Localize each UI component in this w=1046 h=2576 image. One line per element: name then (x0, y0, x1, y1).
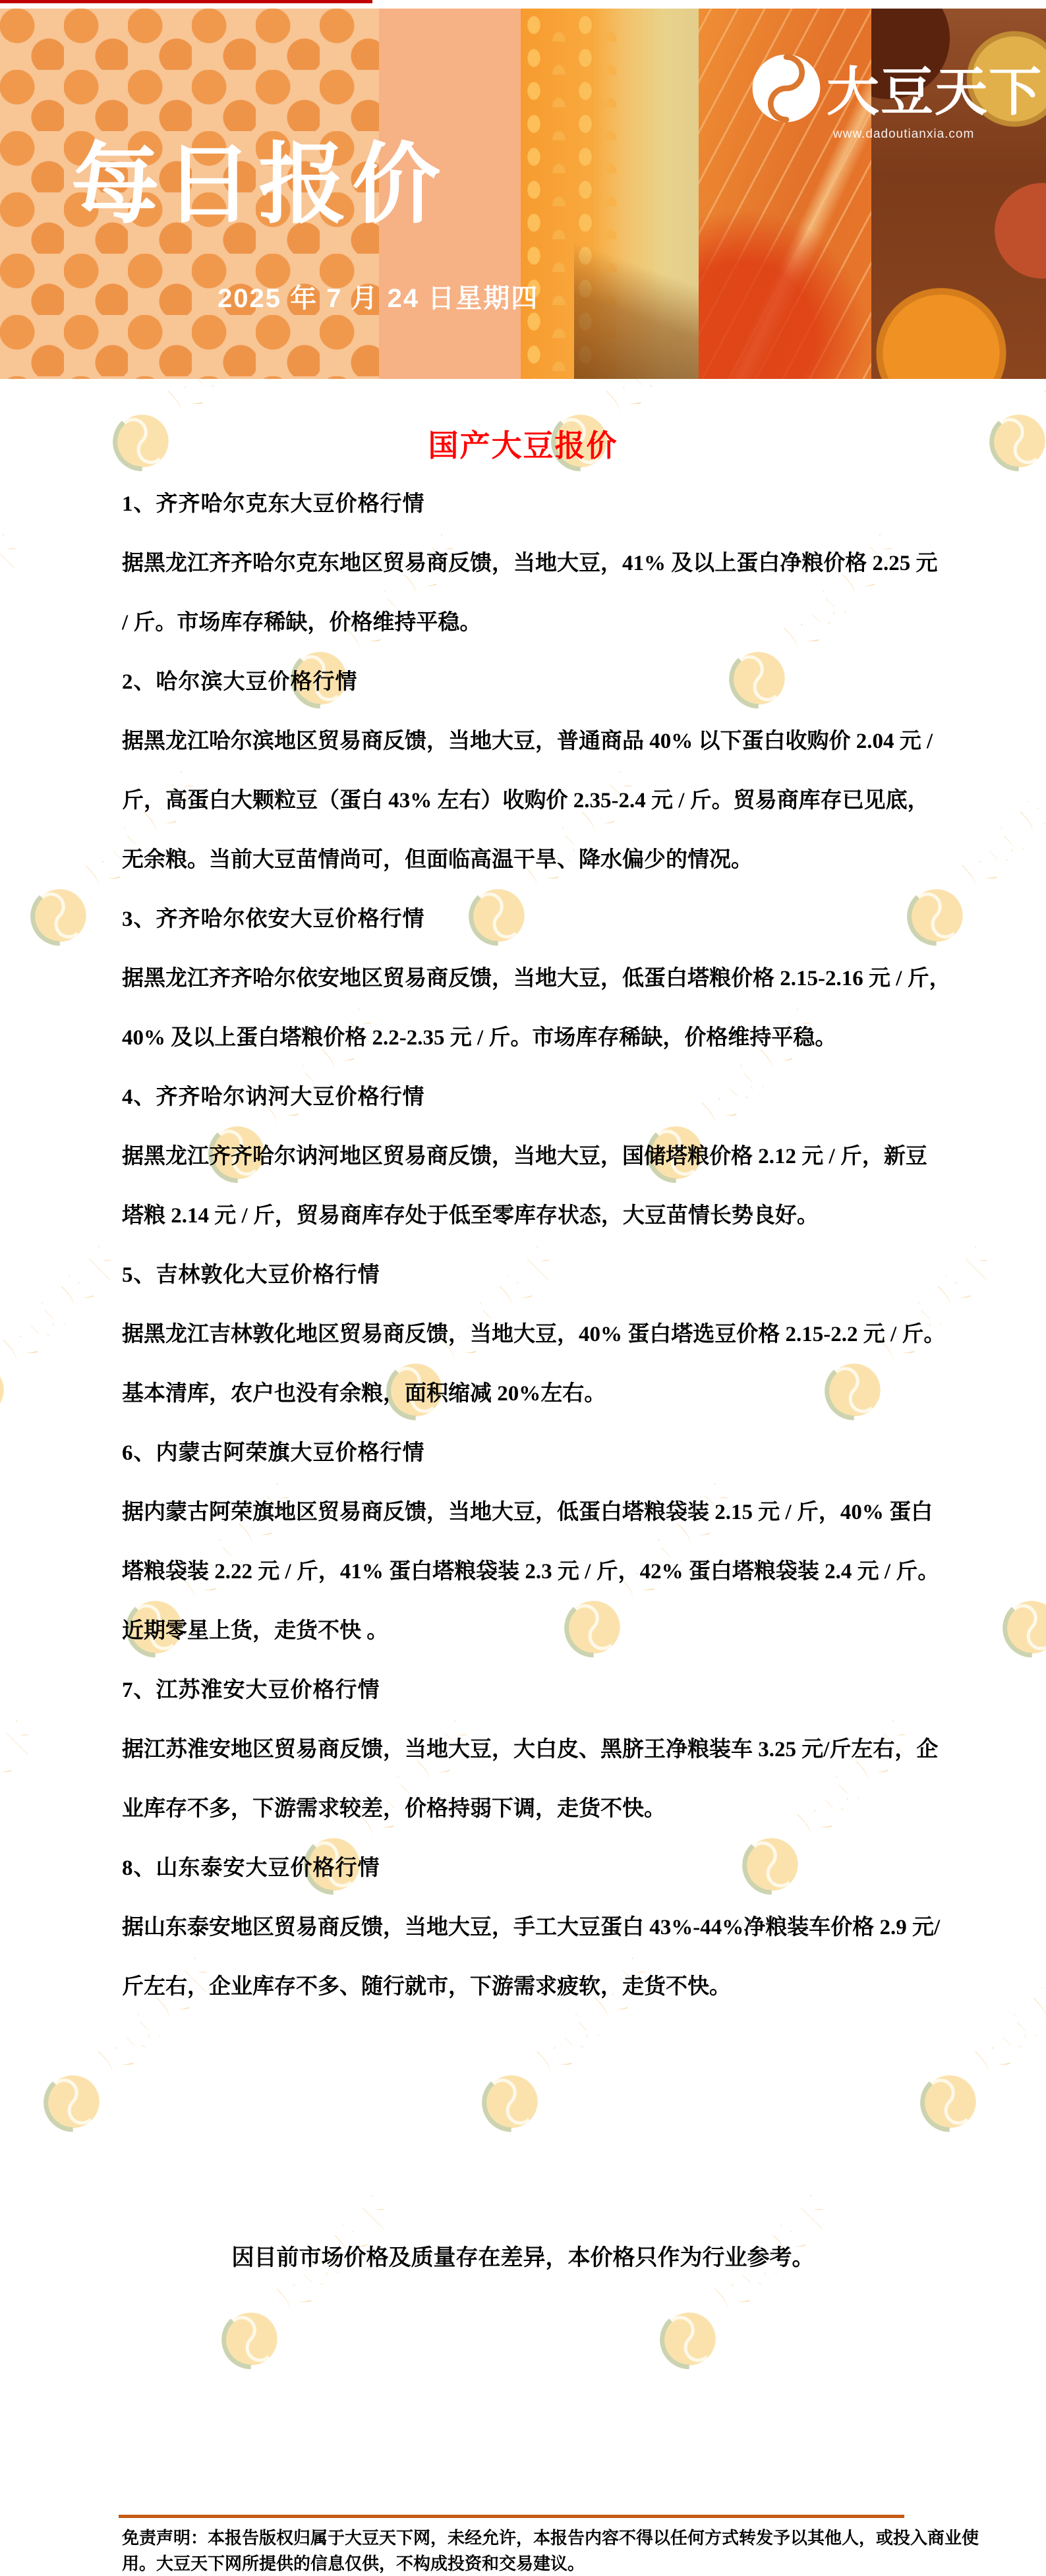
quote-line: 无余粮。当前大豆苗情尚可，但面临高温干旱、降水偏少的情况。 (122, 830, 916, 890)
quote-sections: 1、齐齐哈尔克东大豆价格行情据黑龙江齐齐哈尔克东地区贸易商反馈，当地大豆，41%… (122, 474, 916, 2017)
top-red-line (0, 0, 372, 3)
corn-photo-strip (521, 9, 699, 379)
quote-line: 近期零星上货，走货不快 。 (122, 1601, 916, 1661)
brand-url: www.dadoutianxia.com (833, 127, 974, 142)
section-heading: 4、齐齐哈尔讷河大豆价格行情 (122, 1068, 916, 1127)
report-title: 国产大豆报价 (0, 422, 1046, 465)
watermark-logo: 大豆天下 (194, 2185, 399, 2389)
grain-ground-texture (574, 212, 699, 379)
watermark-logo: 大豆天下 (975, 1473, 1046, 1677)
quote-line: 据黑龙江哈尔滨地区贸易商反馈，当地大豆，普通商品 40% 以下蛋白收购价 2.0… (122, 712, 916, 771)
banner-title: 每日报价 (71, 114, 446, 241)
svg-text:大豆天下: 大豆天下 (1041, 1476, 1046, 1619)
svg-text:大豆天下: 大豆天下 (0, 1713, 43, 1856)
quote-line: 据山东泰安地区贸易商反馈，当地大豆，手工大豆蛋白 43%-44%净粮装车价格 2… (122, 1898, 916, 1957)
section-heading: 7、江苏淮安大豆价格行情 (122, 1661, 916, 1720)
quote-line: 斤左右，企业库存不多、随行就市，下游需求疲软，走货不快。 (122, 1957, 916, 2017)
footer-divider-line (119, 2515, 904, 2518)
quote-line: 业库存不多，下游需求较差，价格持弱下调，走货不快。 (122, 1779, 916, 1839)
header-banner: 每日报价 2025 年 7 月 24 日星期四 大豆天下 www.dadouti… (0, 9, 1046, 379)
soybean-swirl-icon (749, 51, 824, 126)
section-heading: 1、齐齐哈尔克东大豆价格行情 (122, 474, 916, 534)
disclaimer-line: 用。大豆天下网所提供的信息仅供，不构成投资和交易建议。 (122, 2551, 952, 2576)
quote-line: 40% 及以上蛋白塔粮价格 2.2-2.35 元 / 斤。市场库存稀缺，价格维持… (122, 1008, 916, 1068)
banner-date: 2025 年 7 月 24 日星期四 (218, 277, 538, 315)
section-heading: 5、吉林敦化大豆价格行情 (122, 1245, 916, 1305)
brand-name: 大豆天下 (827, 49, 1043, 125)
section-heading: 6、内蒙古阿荣旗大豆价格行情 (122, 1423, 916, 1483)
watermark-logo: 大豆天下 (0, 1236, 125, 1440)
quote-line: 据黑龙江齐齐哈尔克东地区贸易商反馈，当地大豆，41% 及以上蛋白净粮价格 2.2… (122, 534, 916, 593)
section-heading: 2、哈尔滨大豆价格行情 (122, 652, 916, 712)
quote-line: 据黑龙江齐齐哈尔依安地区贸易商反馈，当地大豆，低蛋白塔粮价格 2.15-2.16… (122, 949, 916, 1008)
watermark-logo: 大豆天下 (633, 2185, 837, 2389)
daily-soybean-quote-report: 每日报价 2025 年 7 月 24 日星期四 大豆天下 www.dadouti… (0, 0, 1046, 2576)
watermark-logo: 大豆天下 (0, 1710, 43, 1914)
quote-line: 塔粮袋装 2.22 元 / 斤，41% 蛋白塔粮袋装 2.3 元 / 斤，42%… (122, 1542, 916, 1601)
quote-line: 据黑龙江齐齐哈尔讷河地区贸易商反馈，当地大豆，国储塔粮价格 2.12 元 / 斤… (122, 1127, 916, 1186)
quote-line: 据江苏淮安地区贸易商反馈，当地大豆，大白皮、黑脐王净粮装车 3.25 元/斤左右… (122, 1720, 916, 1779)
svg-text:大豆天下: 大豆天下 (946, 764, 1046, 907)
quote-line: 塔粮 2.14 元 / 斤，贸易商库存处于低至零库存状态，大豆苗情长势良好。 (122, 1186, 916, 1245)
svg-text:大豆天下: 大豆天下 (0, 1239, 125, 1382)
svg-text:大豆天下: 大豆天下 (959, 1951, 1046, 2094)
quote-line: 据黑龙江吉林敦化地区贸易商反馈，当地大豆，40% 蛋白塔选豆价格 2.15-2.… (122, 1305, 916, 1364)
watermark-logo: 大豆天下 (0, 524, 30, 728)
brand-logo: 大豆天下 www.dadoutianxia.com (749, 47, 1026, 159)
svg-text:大豆天下: 大豆天下 (0, 527, 30, 670)
quote-line: 斤，高蛋白大颗粒豆（蛋白 43% 左右）收购价 2.35-2.4 元 / 斤。贸… (122, 771, 916, 830)
quote-line: 据内蒙古阿荣旗地区贸易商反馈，当地大豆，低蛋白塔粮袋装 2.15 元 / 斤，4… (122, 1483, 916, 1542)
section-heading: 8、山东泰安大豆价格行情 (122, 1839, 916, 1898)
disclaimer-line: 免责声明：本报告版权归属于大豆天下网，未经允许，本报告内容不得以任何方式转发予以… (122, 2525, 952, 2550)
quote-line: / 斤。市场库存稀缺，价格维持平稳。 (122, 593, 916, 652)
quote-line: 基本清库，农户也没有余粮，面积缩减 20%左右。 (122, 1364, 916, 1423)
section-heading: 3、齐齐哈尔依安大豆价格行情 (122, 890, 916, 949)
reference-note: 因目前市场价格及质量存在差异，本价格只作为行业参考。 (0, 2239, 1046, 2272)
